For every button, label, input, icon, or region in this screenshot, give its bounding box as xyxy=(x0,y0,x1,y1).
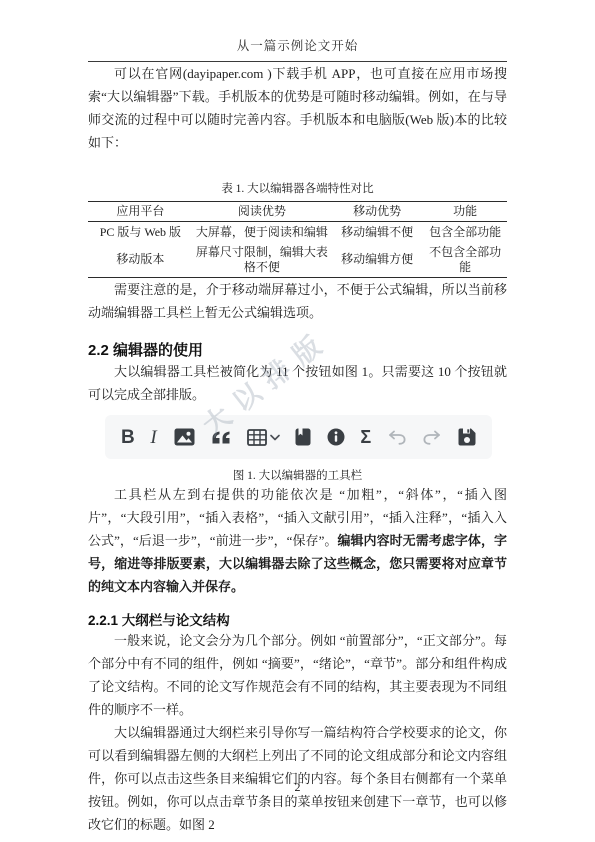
table-header-reading: 阅读优势 xyxy=(193,202,331,222)
table-row: 移动版本 屏幕尺寸限制，编辑大表格不便 移动编辑方便 不包含全部功能 xyxy=(88,242,507,278)
blockquote-icon xyxy=(211,425,231,449)
page-number: 2 xyxy=(0,780,595,795)
table-cell: 不包含全部功能 xyxy=(423,242,507,278)
image-icon xyxy=(174,425,195,449)
paragraph-toolbar-intro: 大以编辑器工具栏被简化为 11 个按钮如图 1。只需要这 10 个按钮就可以完成… xyxy=(88,360,507,406)
section-title-2-2-1: 2.2.1 大纲栏与论文结构 xyxy=(88,609,507,629)
info-icon xyxy=(327,425,345,449)
table-header-platform: 应用平台 xyxy=(88,202,193,222)
redo-icon xyxy=(422,425,442,449)
paragraph-toolbar-functions: 工具栏从左到右提供的功能依次是 “加粗”，“斜体”，“插入图片”，“大段引用”，… xyxy=(88,483,507,598)
table-cell: 屏幕尺寸限制，编辑大表格不便 xyxy=(193,242,331,278)
document-page: 从一篇示例论文开始 大以排版 可以在官网(dayipaper.com )下载手机… xyxy=(0,0,595,842)
running-header-text: 从一篇示例论文开始 xyxy=(237,39,359,53)
chevron-down-icon xyxy=(270,425,280,449)
table-header-features: 功能 xyxy=(423,202,507,222)
table-caption: 表 1. 大以编辑器各端特性对比 xyxy=(88,180,507,196)
italic-icon: I xyxy=(150,425,158,449)
table-header-mobility: 移动优势 xyxy=(331,202,423,222)
paragraph-outline: 大以编辑器通过大纲栏来引导你写一篇结构符合学校要求的论文，你可以看到编辑器左侧的… xyxy=(88,721,507,836)
table-cell: 移动版本 xyxy=(88,242,193,278)
running-header: 从一篇示例论文开始 xyxy=(88,36,507,62)
platform-comparison-table: 应用平台 阅读优势 移动优势 功能 PC 版与 Web 版 大屏幕，便于阅读和编… xyxy=(88,201,507,278)
paragraph-note: 需要注意的是，介于移动端屏幕过小，不便于公式编辑，所以当前移动端编辑器工具栏上暂… xyxy=(88,278,507,324)
table-dropdown-group xyxy=(247,425,280,449)
table-cell: 移动编辑方便 xyxy=(331,242,423,278)
table-row: PC 版与 Web 版 大屏幕，便于阅读和编辑 移动编辑不便 包含全部功能 xyxy=(88,222,507,243)
save-icon xyxy=(458,425,476,449)
figure-caption: 图 1. 大以编辑器的工具栏 xyxy=(88,467,507,483)
table-1-block: 表 1. 大以编辑器各端特性对比 应用平台 阅读优势 移动优势 功能 PC 版与… xyxy=(88,180,507,278)
formula-sigma-icon: Σ xyxy=(360,425,371,449)
table-header-row: 应用平台 阅读优势 移动优势 功能 xyxy=(88,202,507,222)
table-cell: 包含全部功能 xyxy=(423,222,507,243)
table-cell: 移动编辑不便 xyxy=(331,222,423,243)
paragraph-structure: 一般来说，论文会分为几个部分。例如 “前置部分”，“正文部分”。每个部分中有不同… xyxy=(88,629,507,721)
section-title-2-2: 2.2 编辑器的使用 xyxy=(88,339,507,360)
table-cell: PC 版与 Web 版 xyxy=(88,222,193,243)
citation-book-icon xyxy=(295,425,311,449)
table-cell: 大屏幕，便于阅读和编辑 xyxy=(193,222,331,243)
figure-1: B I xyxy=(88,415,507,483)
table-icon xyxy=(247,425,267,449)
undo-icon xyxy=(387,425,407,449)
editor-toolbar-figure: B I xyxy=(105,415,492,459)
paragraph-download: 可以在官网(dayipaper.com )下载手机 APP，也可直接在应用市场搜… xyxy=(88,62,507,154)
bold-icon: B xyxy=(121,425,135,449)
page-content: 可以在官网(dayipaper.com )下载手机 APP，也可直接在应用市场搜… xyxy=(88,62,507,836)
